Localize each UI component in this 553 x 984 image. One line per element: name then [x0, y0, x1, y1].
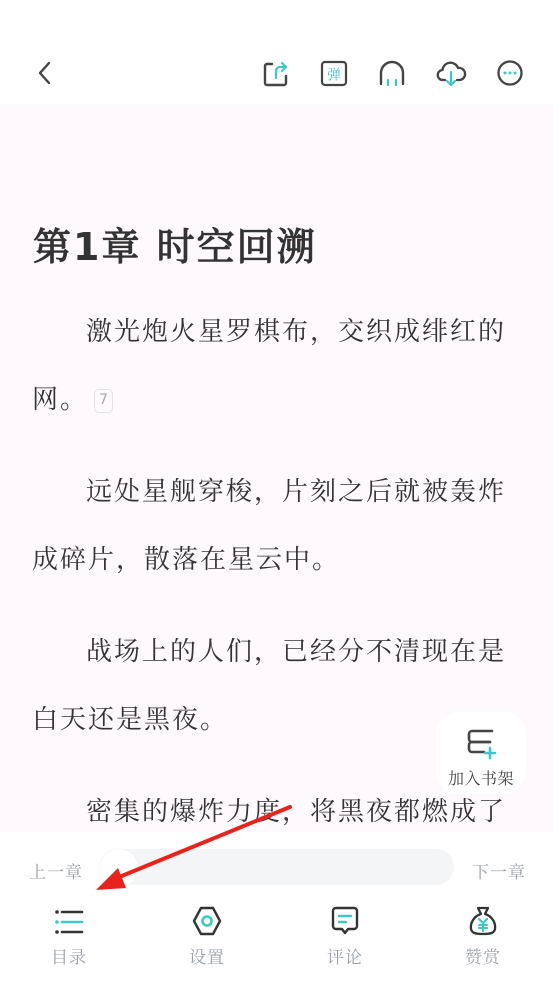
- comment-icon: [328, 904, 362, 938]
- paragraph-text: 战场上的人们，已经分不清现在是白天还是黑夜。: [32, 637, 506, 735]
- tab-reward-label: 赞赏: [438, 943, 528, 968]
- tab-toc[interactable]: 目录: [24, 900, 114, 976]
- tab-comments[interactable]: 评论: [300, 900, 390, 976]
- paragraph-text: 密集的爆炸力度，将黑夜都燃成了: [86, 797, 506, 827]
- share-icon: [259, 56, 293, 90]
- prev-chapter-button[interactable]: 上一章: [29, 858, 83, 883]
- more-icon: [493, 56, 527, 90]
- top-toolbar: 弹: [0, 0, 553, 104]
- tab-reward[interactable]: 赞赏: [438, 900, 528, 976]
- chapter-progress-slider[interactable]: [100, 849, 454, 885]
- progress-slider-thumb[interactable]: [100, 849, 138, 887]
- more-button[interactable]: [493, 56, 527, 90]
- tab-toc-label: 目录: [24, 943, 114, 968]
- tab-settings-label: 设置: [162, 943, 252, 968]
- danmaku-icon: 弹: [317, 56, 351, 90]
- chapter-title: 第1章 时空回溯: [33, 216, 317, 271]
- next-chapter-button[interactable]: 下一章: [472, 858, 526, 883]
- danmaku-button[interactable]: 弹: [317, 56, 351, 90]
- download-button[interactable]: [434, 56, 468, 90]
- list-icon: [52, 904, 86, 938]
- paragraph: 远处星舰穿梭，片刻之后就被轰炸成碎片，散落在星云中。: [32, 458, 527, 594]
- add-to-bookshelf-label: 加入书架: [436, 766, 526, 789]
- bottom-tab-bar: 目录 设置 评论 赞赏: [0, 900, 553, 984]
- paragraph-text: 远处星舰穿梭，片刻之后就被轰炸成碎片，散落在星云中。: [32, 477, 506, 575]
- back-button[interactable]: [30, 56, 60, 90]
- share-button[interactable]: [259, 56, 293, 90]
- add-to-bookshelf-button[interactable]: 加入书架: [436, 712, 526, 794]
- paragraph: 激光炮火星罗棋布，交织成绯红的网。7: [32, 298, 527, 434]
- listen-button[interactable]: [375, 56, 409, 90]
- svg-text:弹: 弹: [327, 68, 341, 84]
- bottom-control-panel: 上一章 下一章 目录 设置: [0, 832, 553, 984]
- bookshelf-add-icon: [462, 726, 500, 762]
- money-bag-icon: [466, 904, 500, 938]
- settings-icon: [190, 904, 224, 938]
- cloud-download-icon: [434, 56, 468, 90]
- headphones-icon: [375, 56, 409, 90]
- tab-settings[interactable]: 设置: [162, 900, 252, 976]
- tab-comments-label: 评论: [300, 943, 390, 968]
- paragraph-comment-badge[interactable]: 7: [94, 389, 113, 413]
- chevron-left-icon: [30, 56, 60, 90]
